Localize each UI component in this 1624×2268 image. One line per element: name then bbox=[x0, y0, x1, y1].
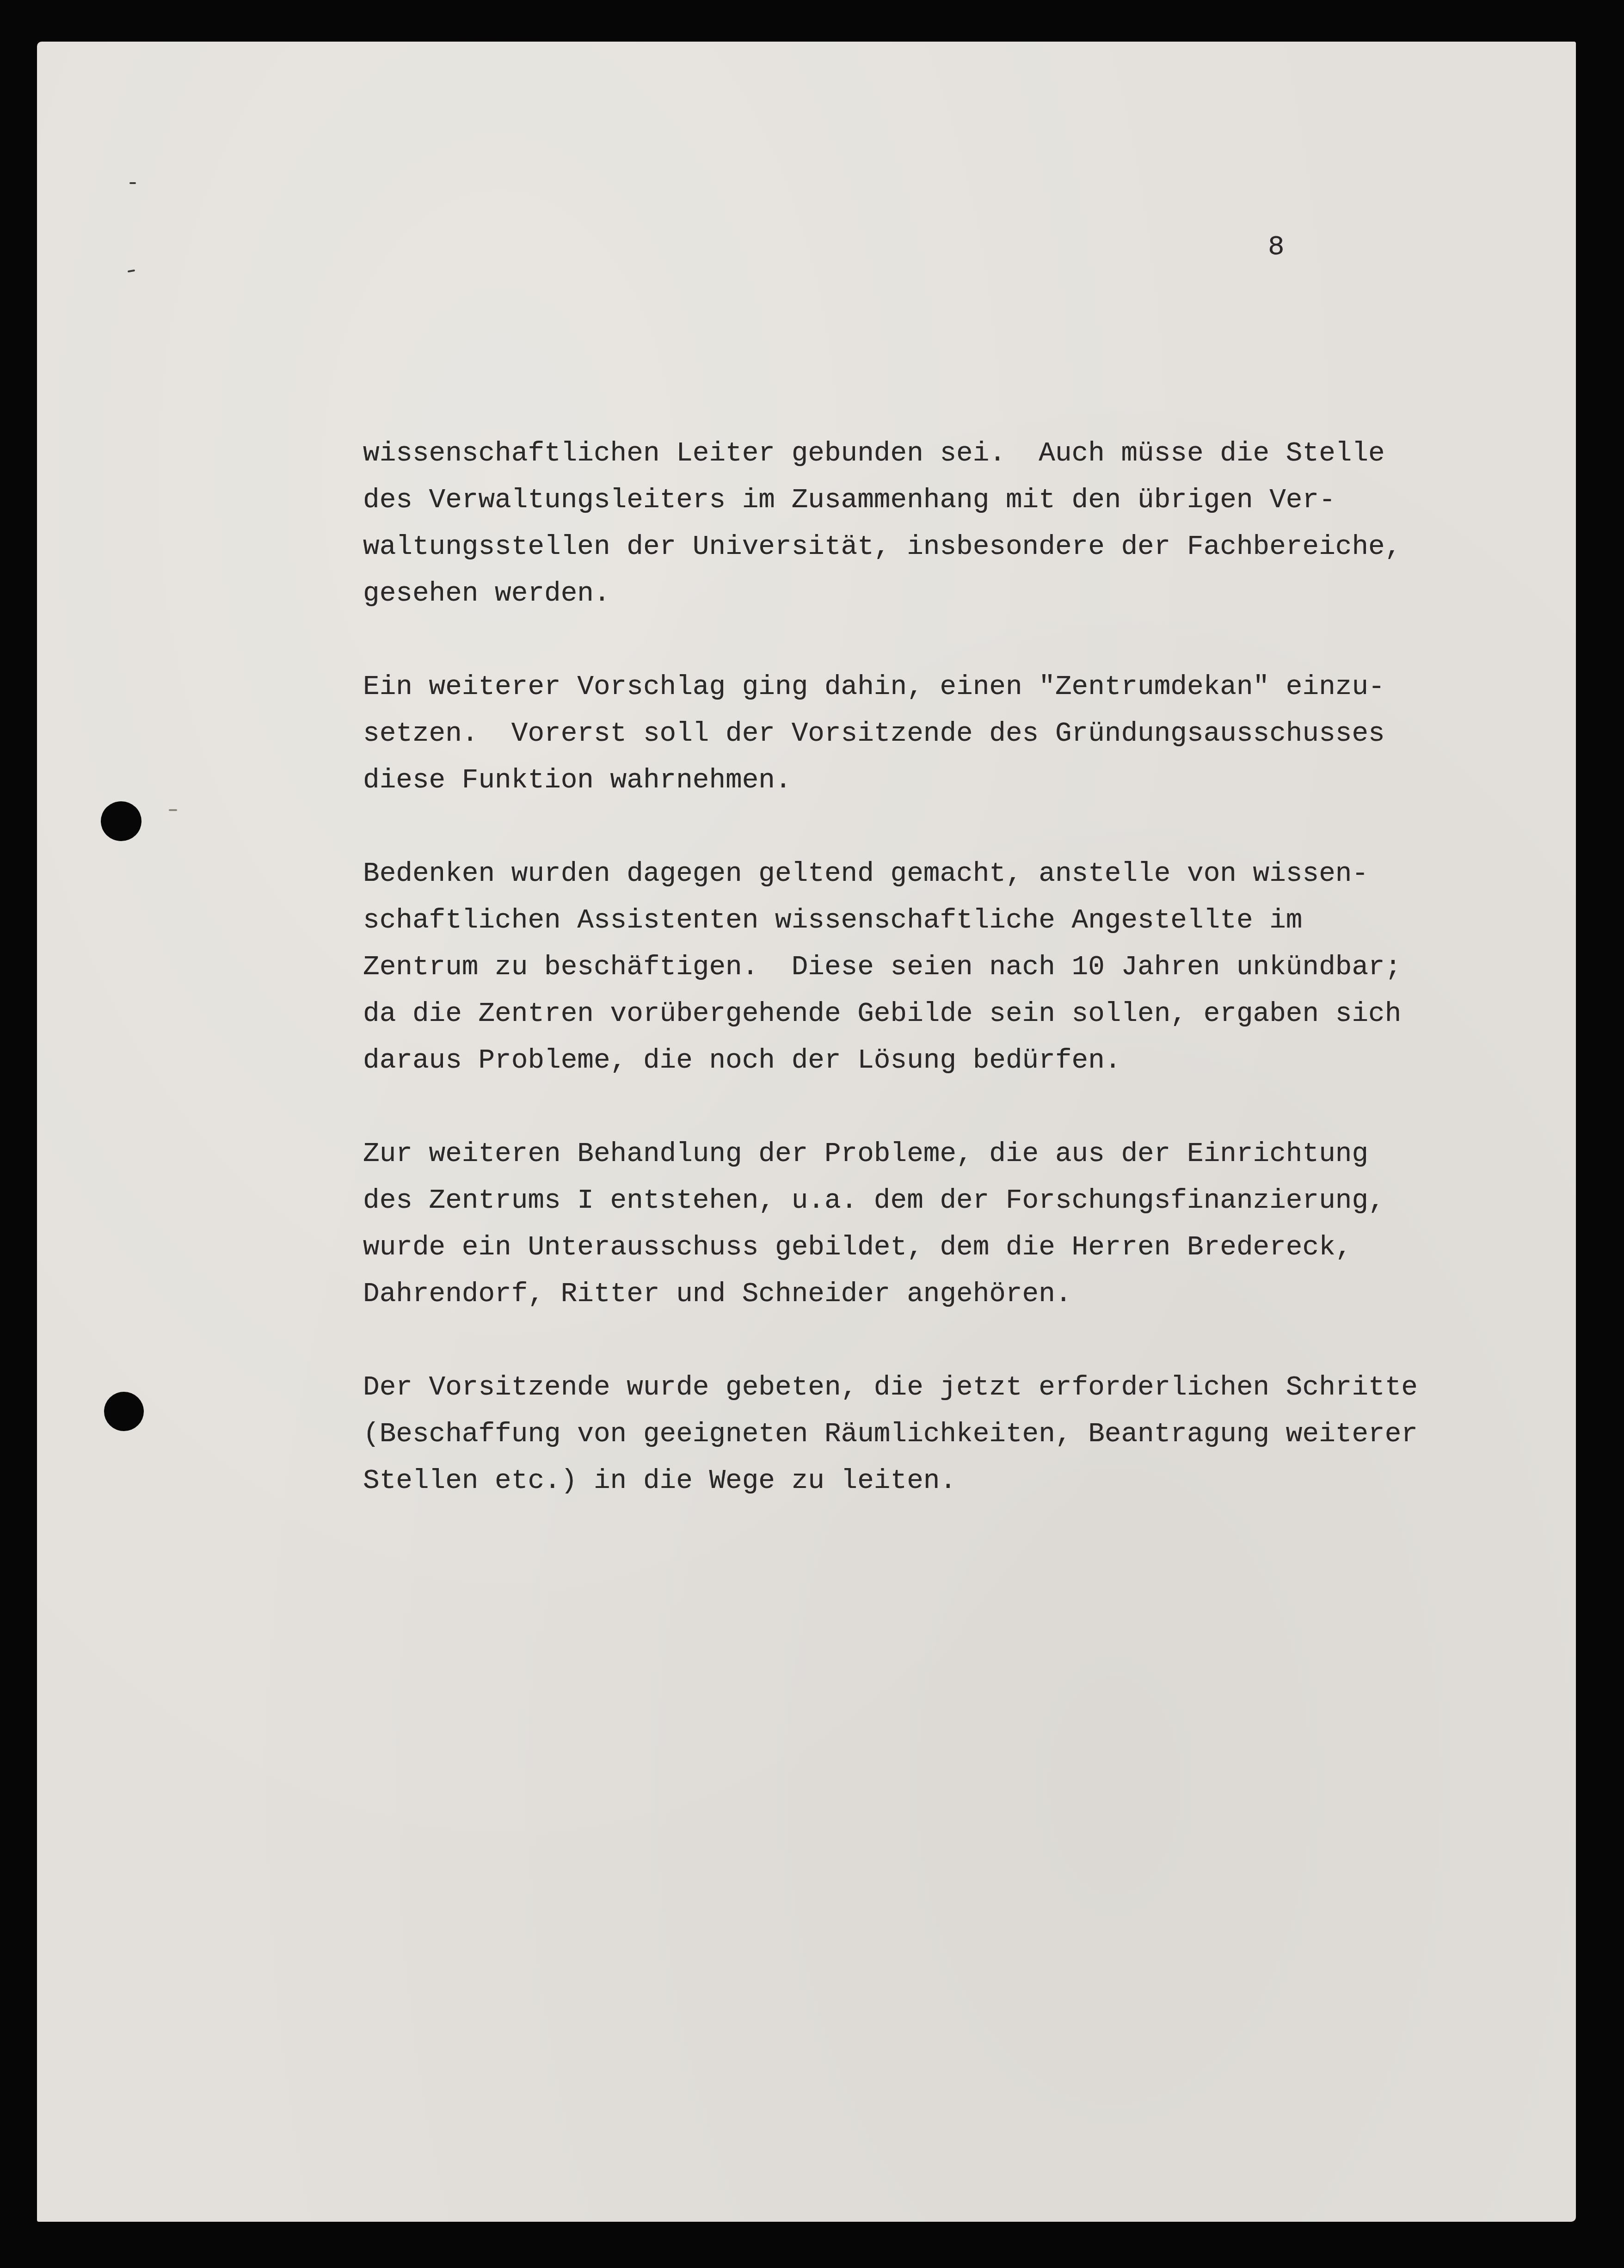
text-line: Zur weiteren Behandlung der Probleme, di… bbox=[363, 1131, 1418, 1177]
text-line: des Zentrums I entstehen, u.a. dem der F… bbox=[363, 1177, 1418, 1224]
text-line: Ein weiterer Vorschlag ging dahin, einen… bbox=[363, 664, 1418, 710]
text-line: des Verwaltungsleiters im Zusammenhang m… bbox=[363, 477, 1418, 523]
margin-mark bbox=[169, 809, 177, 811]
paragraph: Bedenken wurden dagegen geltend gemacht,… bbox=[363, 850, 1418, 1084]
text-line: Dahrendorf, Ritter und Schneider angehör… bbox=[363, 1271, 1418, 1317]
text-line: (Beschaffung von geeigneten Räumlichkeit… bbox=[363, 1411, 1418, 1457]
paragraph: Zur weiteren Behandlung der Probleme, di… bbox=[363, 1131, 1418, 1317]
text-line: setzen. Vorerst soll der Vorsitzende des… bbox=[363, 710, 1418, 757]
document-body: wissenschaftlichen Leiter gebunden sei. … bbox=[363, 430, 1418, 1551]
paragraph: Der Vorsitzende wurde gebeten, die jetzt… bbox=[363, 1364, 1418, 1504]
text-line: waltungsstellen der Universität, insbeso… bbox=[363, 523, 1418, 570]
text-line: Bedenken wurden dagegen geltend gemacht,… bbox=[363, 850, 1418, 897]
punch-hole-bottom bbox=[104, 1392, 144, 1431]
text-line: Zentrum zu beschäftigen. Diese seien nac… bbox=[363, 944, 1418, 990]
text-line: daraus Probleme, die noch der Lösung bed… bbox=[363, 1037, 1418, 1084]
text-line: schaftlichen Assistenten wissenschaftlic… bbox=[363, 897, 1418, 944]
page-number: 8 bbox=[1268, 234, 1285, 261]
text-line: Der Vorsitzende wurde gebeten, die jetzt… bbox=[363, 1364, 1418, 1411]
text-line: gesehen werden. bbox=[363, 570, 1418, 617]
paragraph: Ein weiterer Vorschlag ging dahin, einen… bbox=[363, 664, 1418, 804]
text-line: Stellen etc.) in die Wege zu leiten. bbox=[363, 1457, 1418, 1504]
punch-hole-top bbox=[101, 801, 141, 841]
text-line: da die Zentren vorübergehende Gebilde se… bbox=[363, 990, 1418, 1037]
paragraph: wissenschaftlichen Leiter gebunden sei. … bbox=[363, 430, 1418, 617]
text-line: diese Funktion wahrnehmen. bbox=[363, 757, 1418, 804]
text-line: wissenschaftlichen Leiter gebunden sei. … bbox=[363, 430, 1418, 477]
text-line: wurde ein Unterausschuss gebildet, dem d… bbox=[363, 1224, 1418, 1271]
margin-mark bbox=[129, 182, 136, 184]
